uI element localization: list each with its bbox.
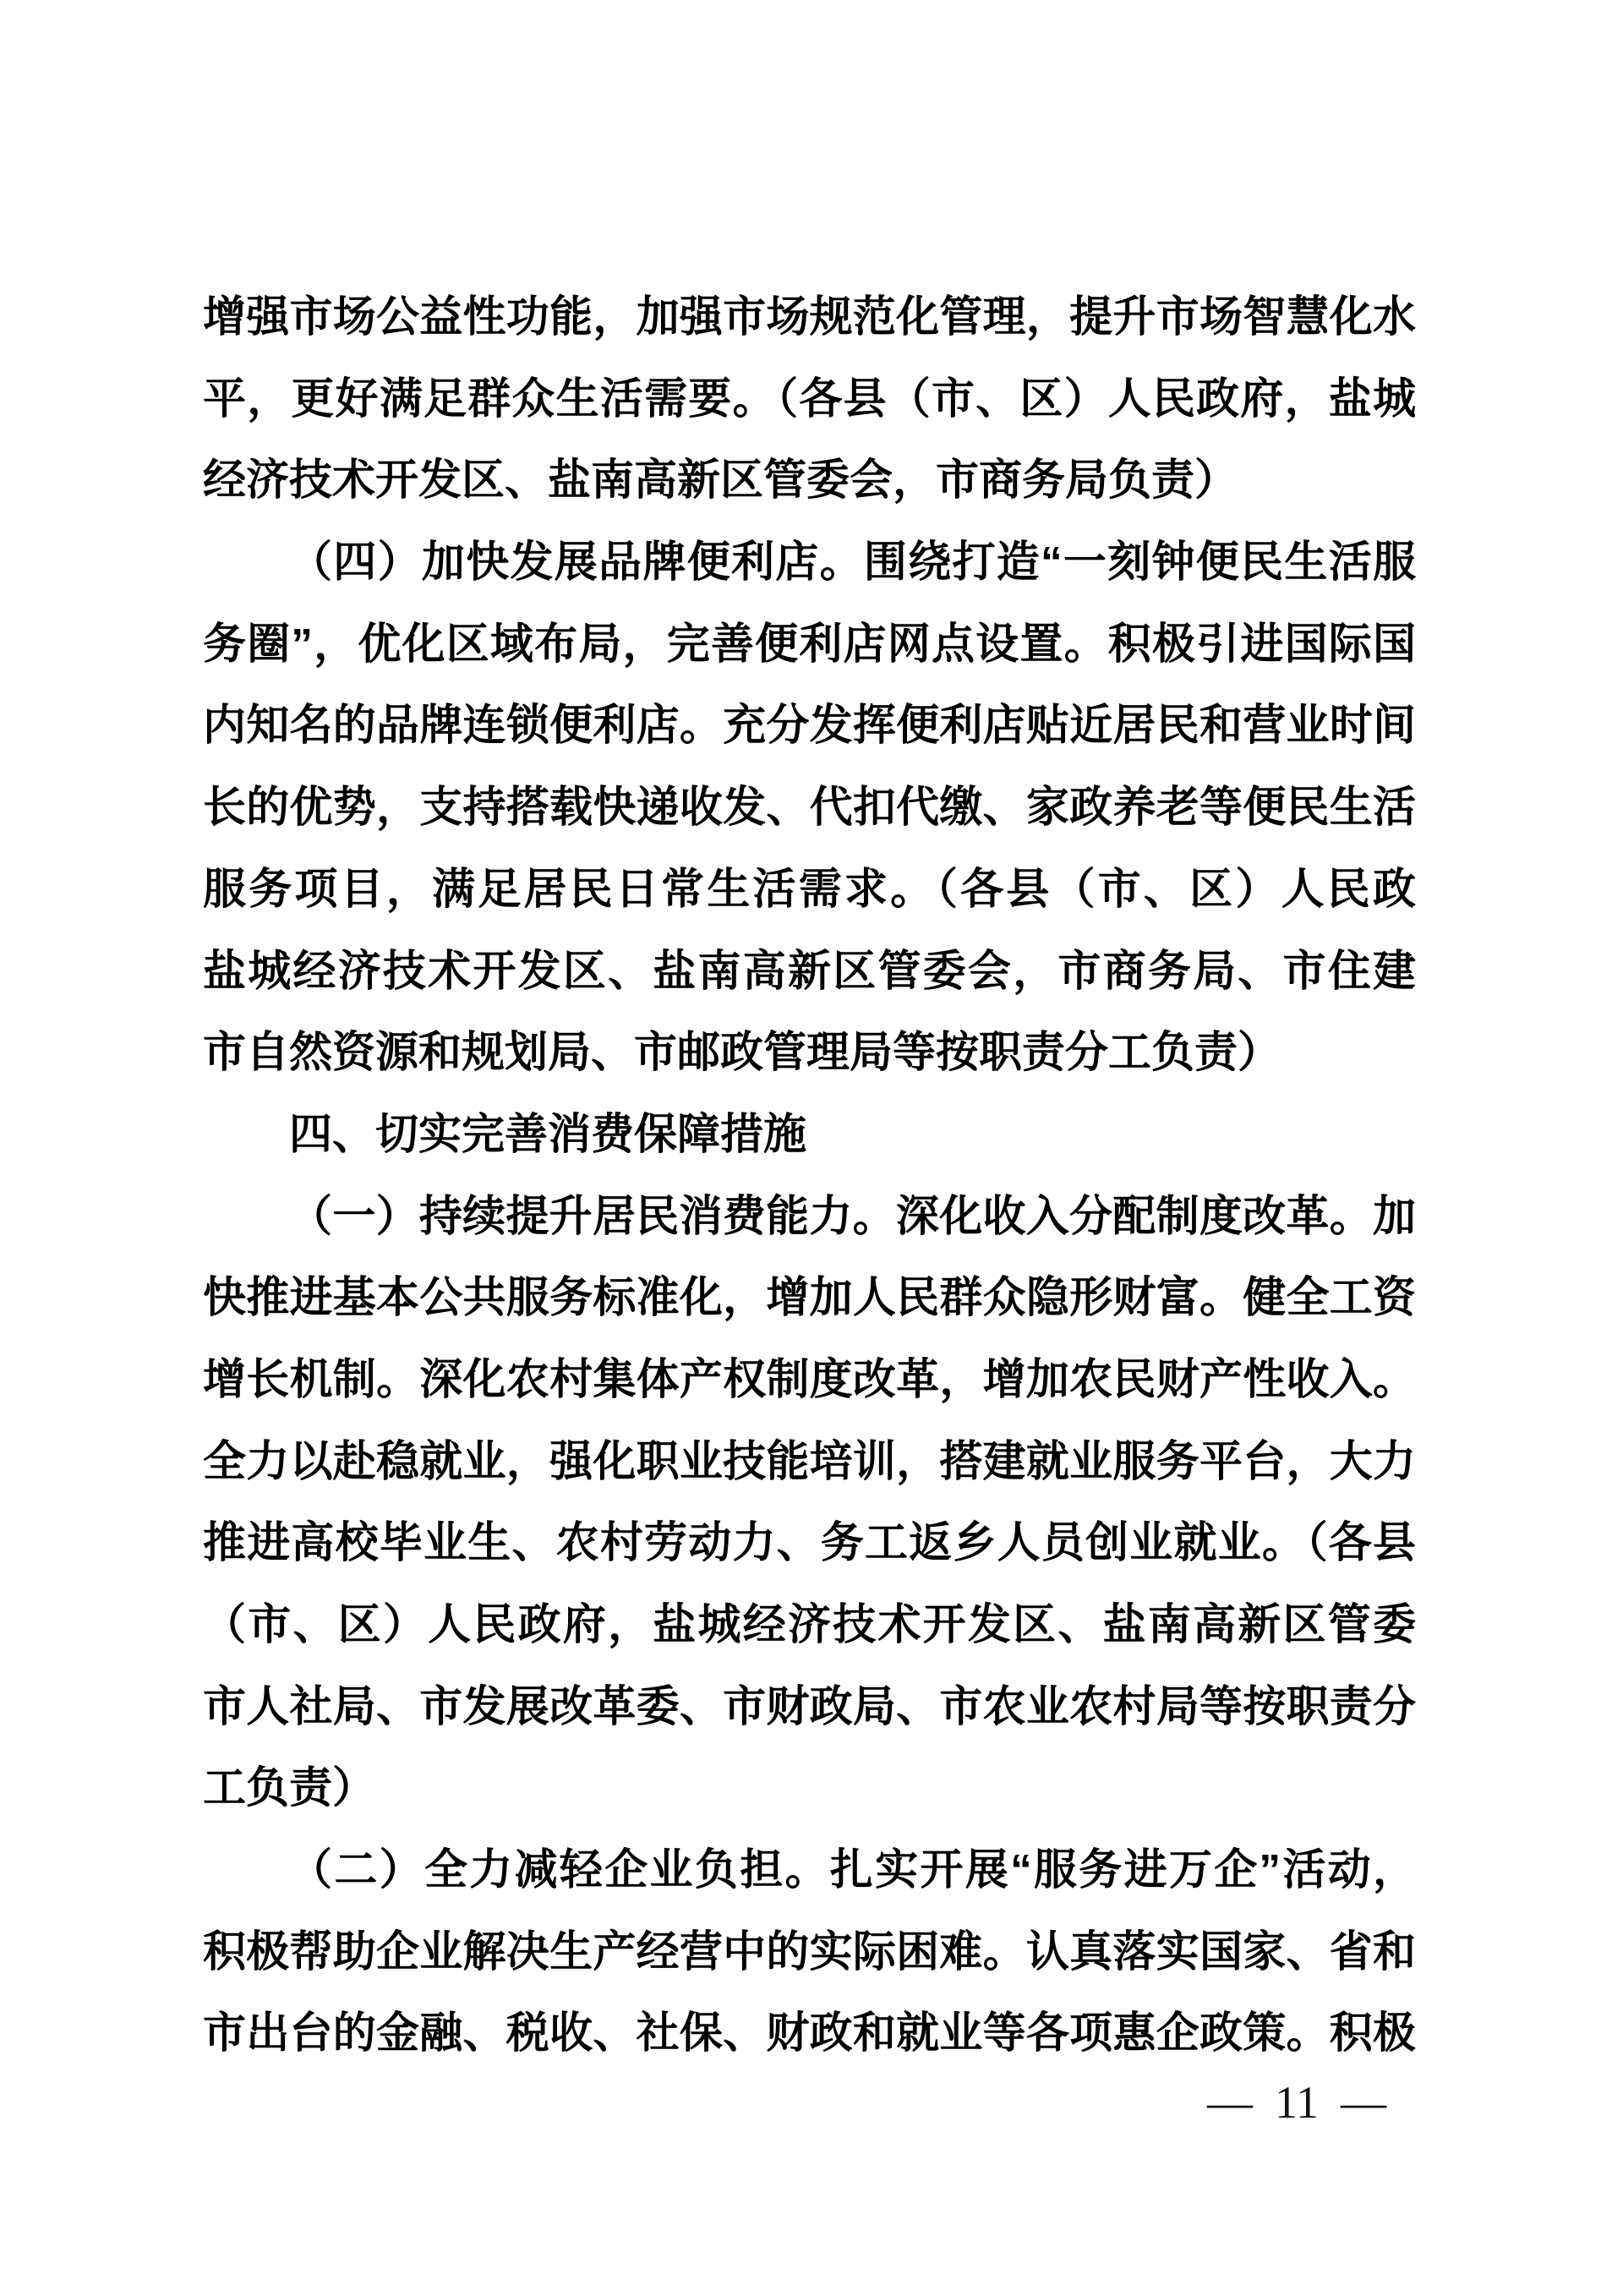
page-number-dash-right: — (1341, 2076, 1386, 2129)
text-line: 市自然资源和规划局、市邮政管理局等按职责分工负责） (203, 1012, 1416, 1094)
section-heading: 四、切实完善消费保障措施 (203, 1094, 1416, 1176)
text-line: 积极帮助企业解决生产经营中的实际困难。认真落实国家、省和 (203, 1911, 1416, 1993)
text-line: 全力以赴稳就业，强化职业技能培训，搭建就业服务平台，大力 (203, 1421, 1416, 1503)
text-line: 增强市场公益性功能，加强市场规范化管理，提升市场智慧化水 (203, 276, 1416, 358)
paragraph-first-line: （二）全力减轻企业负担。扎实开展“服务进万企”活动， (203, 1829, 1416, 1911)
paragraph-first-line: （四）加快发展品牌便利店。围绕打造“一刻钟便民生活服 (203, 522, 1416, 604)
text-line: 服务项目，满足居民日常生活需求。（各县（市、区）人民政府， (203, 849, 1416, 931)
text-line: 盐城经济技术开发区、盐南高新区管委会，市商务局、市住建局、 (203, 931, 1416, 1013)
text-line: 工负责） (203, 1747, 1416, 1829)
page-number: — 11 — (1207, 2076, 1386, 2129)
text-line: 经济技术开发区、盐南高新区管委会，市商务局负责） (203, 440, 1416, 522)
text-line: 快推进基本公共服务标准化，增加人民群众隐形财富。健全工资 (203, 1257, 1416, 1339)
page-number-dash-left: — (1207, 2076, 1253, 2129)
text-line: 内知名的品牌连锁便利店。充分发挥便利店贴近居民和营业时间 (203, 685, 1416, 767)
text-line: 务圈”，优化区域布局，完善便利店网点设置。积极引进国际国 (203, 604, 1416, 686)
text-line: 市人社局、市发展改革委、市财政局、市农业农村局等按职责分 (203, 1666, 1416, 1748)
document-body: 增强市场公益性功能，加强市场规范化管理，提升市场智慧化水 平，更好满足群众生活需… (203, 276, 1416, 2075)
text-line: 推进高校毕业生、农村劳动力、务工返乡人员创业就业。（各县 (203, 1502, 1416, 1584)
text-line: 长的优势，支持搭载快递收发、代扣代缴、家政养老等便民生活 (203, 767, 1416, 849)
text-line: 增长机制。深化农村集体产权制度改革，增加农民财产性收入。 (203, 1339, 1416, 1421)
text-line: 市出台的金融、税收、社保、财政和就业等各项惠企政策。积极 (203, 1993, 1416, 2075)
text-line: 平，更好满足群众生活需要。（各县（市、区）人民政府，盐城 (203, 358, 1416, 440)
document-page: 增强市场公益性功能，加强市场规范化管理，提升市场智慧化水 平，更好满足群众生活需… (0, 0, 1623, 2296)
page-number-value: 11 (1275, 2076, 1319, 2129)
text-line: （市、区）人民政府，盐城经济技术开发区、盐南高新区管委会， (203, 1584, 1416, 1666)
paragraph-first-line: （一）持续提升居民消费能力。深化收入分配制度改革。加 (203, 1176, 1416, 1258)
